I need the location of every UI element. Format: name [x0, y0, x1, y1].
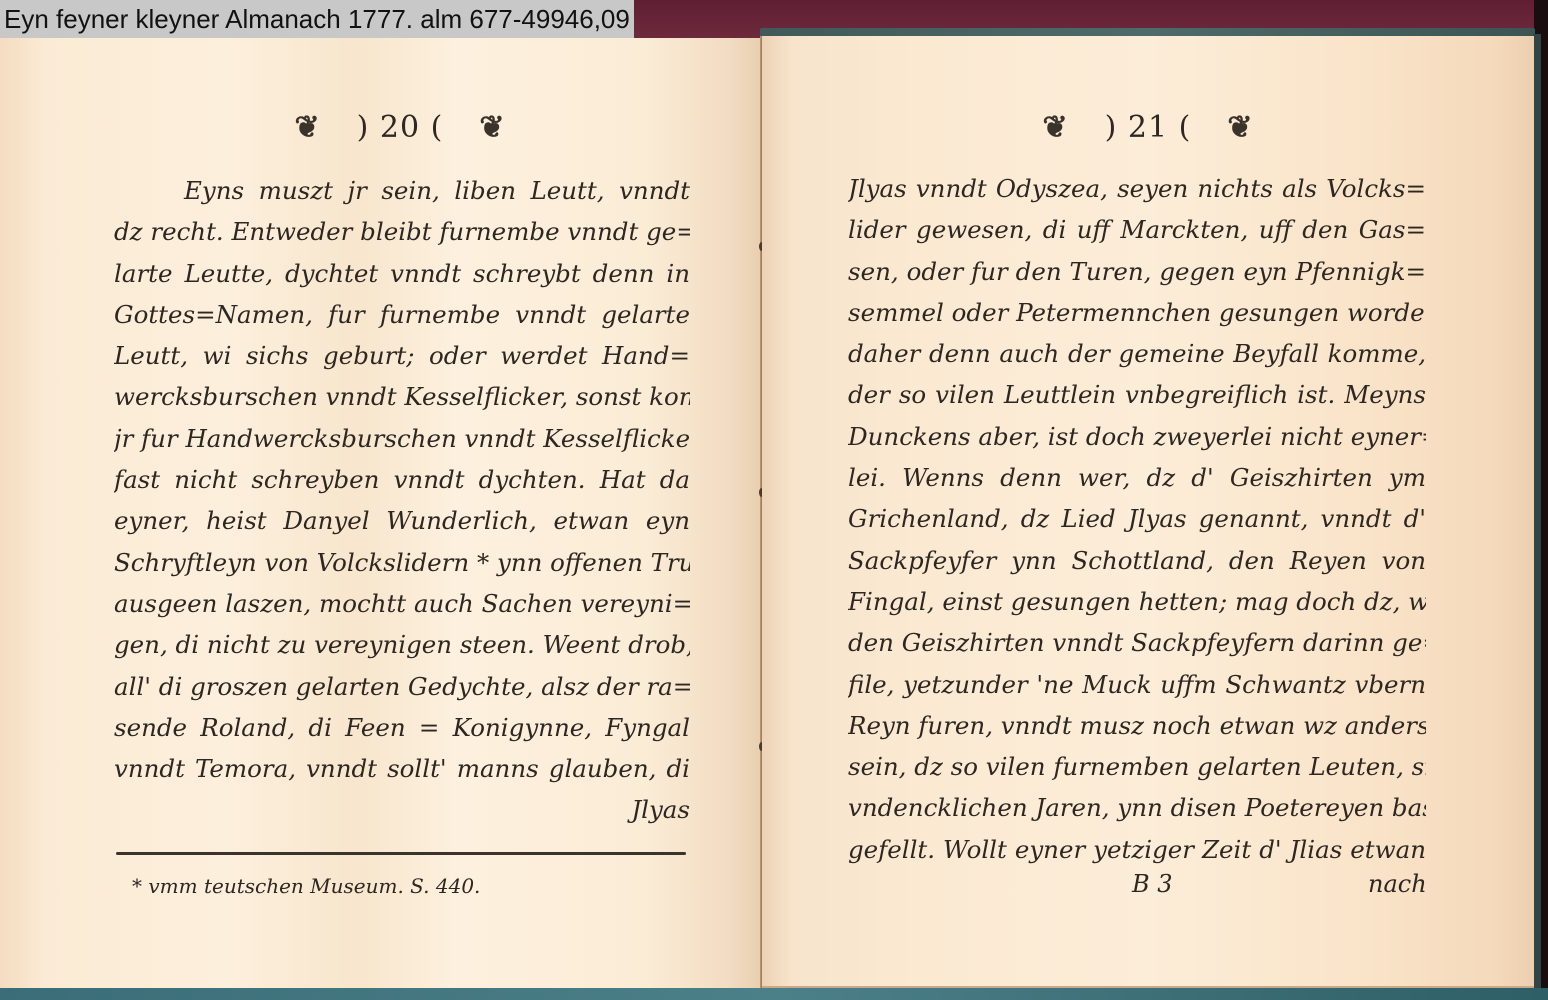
text-line: Jlyas vnndt Odyszea, seyen nichts als Vo…	[848, 168, 1426, 209]
left-page: ❦ ) 20 ( ❦ Eyns muszt jr sein, liben Leu…	[0, 38, 760, 988]
text-line: larte Leutte, dychtet vnndt schreybt den…	[114, 253, 690, 294]
text-line: Fingal, einst gesungen hetten; mag doch …	[848, 581, 1426, 622]
body-text-right: Jlyas vnndt Odyszea, seyen nichts als Vo…	[848, 168, 1426, 870]
text-line: Dunckens aber, ist doch zweyerlei nicht …	[848, 416, 1426, 457]
page-header-right: ❦ ) 21 ( ❦	[762, 110, 1534, 145]
right-page: ❦ ) 21 ( ❦ Jlyas vnndt Odyszea, seyen ni…	[762, 36, 1534, 988]
text-line: sen, oder fur den Turen, gegen eyn Pfenn…	[848, 251, 1426, 292]
text-line: Schryftleyn von Volckslidern * ynn offen…	[114, 542, 690, 583]
text-line: wercksburschen vnndt Kesselflicker, sons…	[114, 376, 690, 417]
text-line: gen, di nicht zu vereynigen steen. Weent…	[114, 624, 690, 665]
footnote: * vmm teutschen Museum. S. 440.	[132, 874, 480, 898]
text-line: sein, dz so vilen furnemben gelarten Leu…	[848, 746, 1426, 787]
page-number: ) 20 (	[357, 110, 444, 145]
document-title-label: Eyn feyner kleyner Almanach 1777. alm 67…	[0, 0, 634, 38]
text-line: Reyn furen, vnndt musz noch etwan wz and…	[848, 705, 1426, 746]
text-line: Leutt, wi sichs geburt; oder werdet Hand…	[114, 335, 690, 376]
text-line: Eyns muszt jr sein, liben Leutt, vnndt	[114, 170, 690, 211]
text-line: ausgeen laszen, mochtt auch Sachen verey…	[114, 583, 690, 624]
text-line: gefellt. Wollt eyner yetziger Zeit d' Jl…	[848, 829, 1426, 870]
text-line: sende Roland, di Feen = Konigynne, Fynga…	[114, 707, 690, 748]
catchword: Jlyas	[114, 789, 690, 830]
text-line: daher denn auch der gemeine Beyfall komm…	[848, 333, 1426, 374]
text-line: Sackpfeyfer ynn Schottland, den Reyen vo…	[848, 540, 1426, 581]
text-line: file, yetzunder 'ne Muck uffm Schwantz v…	[848, 664, 1426, 705]
body-text-left: Eyns muszt jr sein, liben Leutt, vnndt d…	[114, 170, 690, 831]
ornament-icon: ❦	[295, 110, 321, 145]
text-line: der so vilen Leuttlein vnbegreiflich ist…	[848, 374, 1426, 415]
catchword: nach	[1368, 870, 1427, 898]
ornament-icon: ❦	[1227, 110, 1253, 145]
text-line: jr fur Handwercksburschen vnndt Kesselfl…	[114, 418, 690, 459]
text-line: Grichenland, dz Lied Jlyas genannt, vnnd…	[848, 498, 1426, 539]
text-line: lider gewesen, di uff Marckten, uff den …	[848, 209, 1426, 250]
text-line: fast nicht schreyben vnndt dychten. Hat …	[114, 459, 690, 500]
text-line: den Geiszhirten vnndt Sackpfeyfern darin…	[848, 622, 1426, 663]
ornament-icon: ❦	[1043, 110, 1069, 145]
text-line: lei. Wenns denn wer, dz d' Geiszhirten y…	[848, 457, 1426, 498]
text-line: eyner, heist Danyel Wunderlich, etwan ey…	[114, 500, 690, 541]
page-number: ) 21 (	[1105, 110, 1192, 145]
text-line: vnndt Temora, vnndt sollt' manns glauben…	[114, 748, 690, 789]
text-line: Gottes=Namen, fur furnembe vnndt gelarte	[114, 294, 690, 335]
signature-mark: B 3	[1132, 870, 1173, 898]
footnote-rule	[116, 852, 686, 855]
book-cover-right-edge	[1533, 34, 1541, 994]
book-cover-bottom-edge	[0, 988, 1548, 1000]
page-header-left: ❦ ) 20 ( ❦	[0, 110, 800, 145]
ornament-icon: ❦	[479, 110, 505, 145]
text-line: dz recht. Entweder bleibt furnembe vnndt…	[114, 211, 690, 252]
text-line: vndencklichen Jaren, ynn disen Poetereye…	[848, 787, 1426, 828]
text-line: semmel oder Petermennchen gesungen worde…	[848, 292, 1426, 333]
text-line: all' di groszen gelarten Gedychte, alsz …	[114, 666, 690, 707]
